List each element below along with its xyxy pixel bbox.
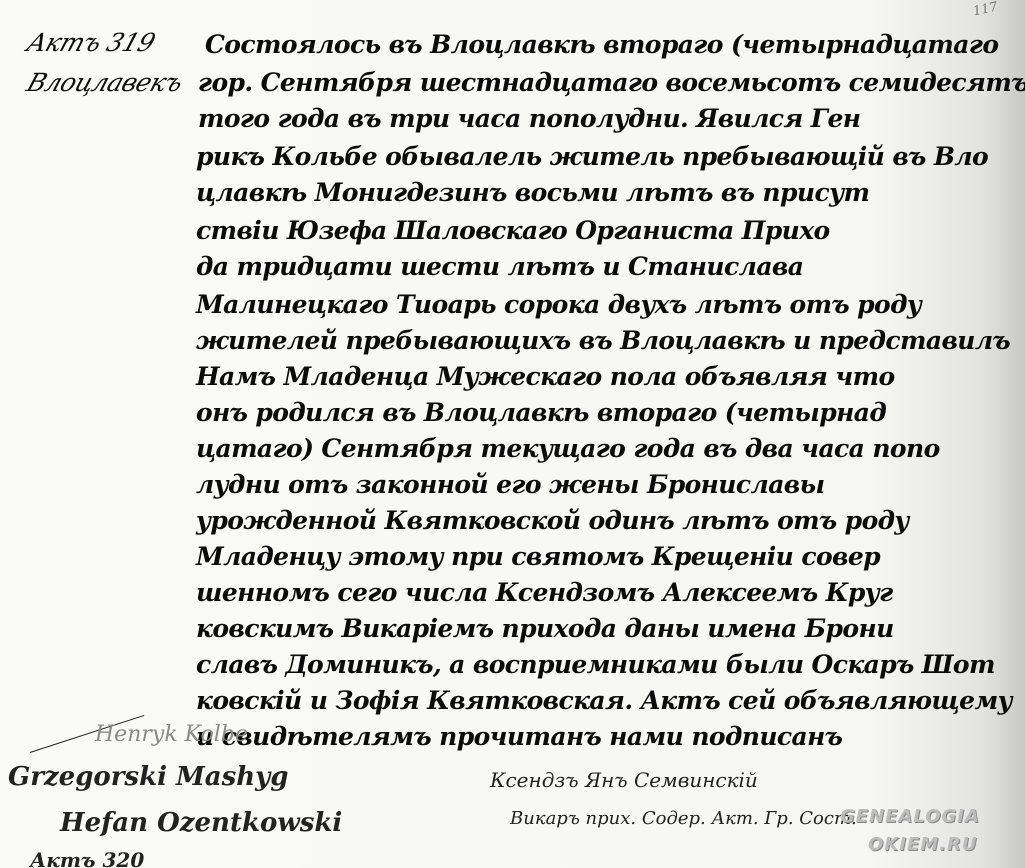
record-line: шенномъ сего числа Ксендзомъ Алексеемъ К…: [196, 578, 893, 607]
record-line: того года въ три часа пополудни. Явился …: [198, 104, 860, 133]
record-line: ковскій и Зофія Квятковская. Актъ сей об…: [196, 686, 1012, 715]
record-line: цлавкѣ Монигдезинъ восьми лѣтъ въ присут: [196, 178, 869, 207]
place-name-label: Влоцлавекъ: [23, 68, 186, 97]
record-line: урожденной Квятковской одинъ лѣтъ отъ ро…: [196, 506, 909, 535]
signature-father: Henryk Kolbe: [95, 722, 248, 747]
signature-official-title: Викаръ прих. Содер. Акт. Гр. Сост.: [510, 808, 857, 829]
record-line: лудни отъ законной его жены Брониславы: [196, 470, 824, 499]
record-line: цатаго) Сентября текущаго года въ два ча…: [196, 434, 940, 463]
record-line: Намъ Младенца Мужескаго пола объявляя чт…: [196, 362, 895, 391]
scanned-document-page: 117 Актъ 319 Влоцлавекъ Состоялось въ Вл…: [0, 0, 1025, 868]
record-line: Состоялось въ Влоцлавкѣ втораго (четырна…: [205, 30, 998, 59]
record-line: да тридцати шести лѣтъ и Станислава: [196, 252, 803, 281]
next-act-fragment: Актъ 320: [30, 848, 144, 868]
record-line: Младенцу этому при святомъ Крещеніи сове…: [196, 542, 880, 571]
record-line: славъ Доминикъ, а восприемниками были Ос…: [196, 650, 995, 679]
record-line: Малинецкаго Тиоарь сорока двухъ лѣтъ отъ…: [196, 290, 921, 319]
signature-witness-1: Grzegorski Mashyg: [8, 762, 288, 792]
record-line: ствіи Юзефа Шаловскаго Органиста Прихо: [196, 216, 830, 245]
record-line: рикъ Кольбе обывалель житель пребывающій…: [196, 142, 988, 171]
record-line: и свидѣтелямъ прочитанъ нами подписанъ: [196, 722, 842, 751]
watermark-line-1: GENEALOGIA: [840, 806, 980, 827]
signature-witness-2: Hefan Ozentkowski: [60, 808, 342, 838]
record-line: ковскимъ Викаріемъ прихода даны имена Бр…: [196, 614, 894, 643]
record-line: онъ родился въ Влоцлавкѣ втораго (четырн…: [196, 398, 886, 427]
act-number-label: Актъ 319: [23, 28, 158, 57]
watermark-line-2: OKIEM.RU: [868, 834, 977, 855]
signature-official: Ксендзъ Янъ Семвинскій: [490, 768, 758, 792]
page-number: 117: [972, 0, 999, 19]
record-line: гор. Сентября шестнадцатаго восемьсотъ с…: [198, 68, 1025, 97]
record-line: жителей пребывающихъ въ Влоцлавкѣ и пред…: [196, 326, 1010, 355]
